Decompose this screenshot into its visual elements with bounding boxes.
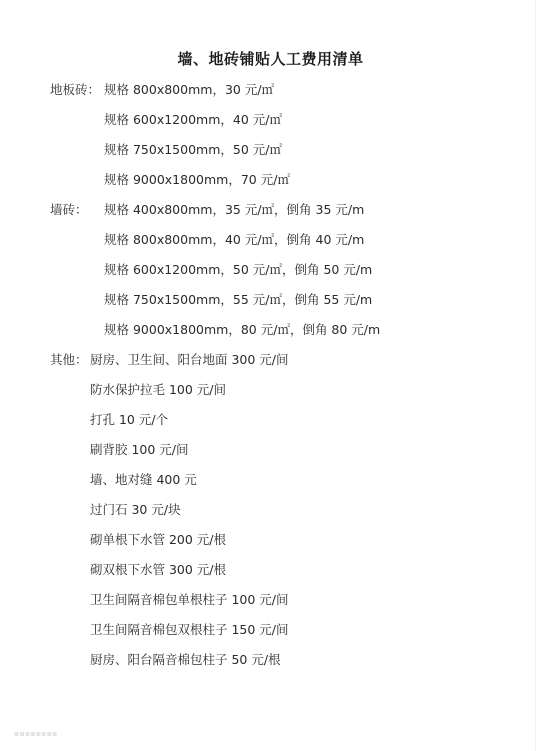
- wall-tile-item: 规格 9000x1800mm，80 元/㎡，倒角 80 元/m: [104, 322, 380, 338]
- wall-tile-item: 规格 600x1200mm，50 元/㎡，倒角 50 元/m: [104, 262, 372, 278]
- other-label: 其他：: [50, 352, 88, 368]
- page-edge-divider: [535, 0, 536, 751]
- other-item: 防水保护拉毛 100 元/间: [90, 382, 226, 398]
- other-item: 卫生间隔音棉包双根柱子 150 元/间: [90, 622, 289, 638]
- floor-tile-item: 规格 600x1200mm，40 元/㎡: [104, 112, 282, 128]
- wall-tile-item: 规格 800x800mm，40 元/㎡，倒角 40 元/m: [104, 232, 364, 248]
- floor-tile-item: 规格 750x1500mm，50 元/㎡: [104, 142, 282, 158]
- other-item: 墙、地对缝 400 元: [90, 472, 197, 488]
- other-item: 刷背胶 100 元/间: [90, 442, 189, 458]
- other-item: 砌单根下水管 200 元/根: [90, 532, 226, 548]
- floor-tiles-label: 地板砖：: [50, 82, 100, 98]
- wall-tile-item: 规格 400x800mm，35 元/㎡，倒角 35 元/m: [104, 202, 364, 218]
- wall-tiles-label: 墙砖：: [50, 202, 88, 218]
- other-item: 卫生间隔音棉包单根柱子 100 元/间: [90, 592, 289, 608]
- other-item: 厨房、卫生间、阳台地面 300 元/间: [90, 352, 289, 368]
- watermark: ▪▪▪▪▪▪▪▪: [14, 729, 57, 738]
- other-item: 打孔 10 元/个: [90, 412, 168, 428]
- floor-tile-item: 规格 800x800mm，30 元/㎡: [104, 82, 274, 98]
- document-page: 墙、地砖铺贴人工费用清单 地板砖： 规格 800x800mm，30 元/㎡ 规格…: [0, 0, 541, 751]
- document-title: 墙、地砖铺贴人工费用清单: [0, 48, 541, 69]
- other-item: 过门石 30 元/块: [90, 502, 181, 518]
- wall-tile-item: 规格 750x1500mm，55 元/㎡，倒角 55 元/m: [104, 292, 372, 308]
- other-item: 砌双根下水管 300 元/根: [90, 562, 226, 578]
- floor-tile-item: 规格 9000x1800mm，70 元/㎡: [104, 172, 290, 188]
- other-item: 厨房、阳台隔音棉包柱子 50 元/根: [90, 652, 281, 668]
